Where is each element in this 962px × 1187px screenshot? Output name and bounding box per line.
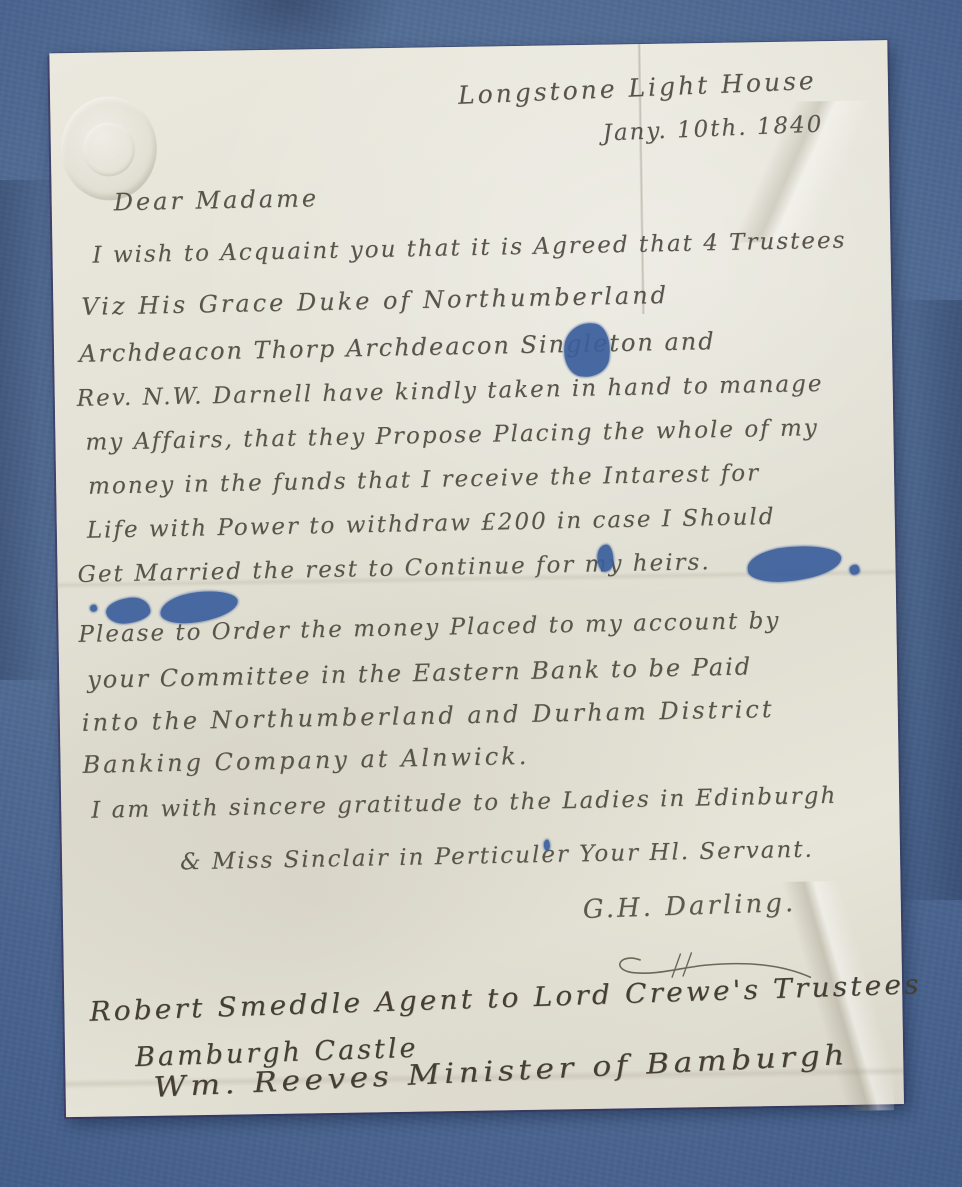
letter-date: Jany. 10th. 1840 bbox=[602, 111, 824, 146]
letter-paper: Longstone Light House Jany. 10th. 1840 D… bbox=[49, 40, 904, 1117]
letter-location: Longstone Light House bbox=[457, 66, 817, 110]
letter-line: I wish to Acquaint you that it is Agreed… bbox=[92, 228, 846, 269]
letter-line: Archdeacon Thorp Archdeacon Singleton an… bbox=[79, 327, 716, 368]
letter-line: Viz His Grace Duke of Northumberland bbox=[81, 281, 669, 321]
letter-line: your Committee in the Eastern Bank to be… bbox=[87, 652, 752, 693]
annotation-line: Robert Smeddle Agent to Lord Crewe's Tru… bbox=[89, 969, 922, 1028]
embossed-stamp-inner bbox=[82, 122, 135, 177]
backing-crease bbox=[892, 300, 962, 900]
letter-line: into the Northumberland and Durham Distr… bbox=[82, 695, 775, 737]
letter-line: Rev. N.W. Darnell have kindly taken in h… bbox=[77, 371, 824, 412]
embossed-stamp bbox=[60, 96, 158, 201]
ink-blot bbox=[746, 543, 843, 585]
letter-line: I am with sincere gratitude to the Ladie… bbox=[91, 783, 838, 824]
ink-blot bbox=[544, 840, 550, 851]
ink-blot bbox=[90, 605, 97, 612]
photo-background: Longstone Light House Jany. 10th. 1840 D… bbox=[0, 0, 962, 1187]
letter-line: Get Married the rest to Continue for my … bbox=[77, 549, 711, 588]
backing-crease bbox=[0, 180, 60, 680]
letter-salutation: Dear Madame bbox=[113, 184, 319, 216]
ink-blot bbox=[597, 545, 613, 572]
letter-line: money in the funds that I receive the In… bbox=[88, 460, 760, 499]
letter-line: Banking Company at Alnwick. bbox=[82, 742, 529, 779]
ink-blot bbox=[849, 565, 859, 575]
letter-line: Life with Power to withdraw £200 in case… bbox=[87, 504, 776, 544]
letter-line: & Miss Sinclair in Perticuler Your Hl. S… bbox=[180, 837, 814, 876]
signature: G.H. Darling. bbox=[582, 888, 796, 925]
letter-line: my Affairs, that they Propose Placing th… bbox=[85, 415, 819, 456]
